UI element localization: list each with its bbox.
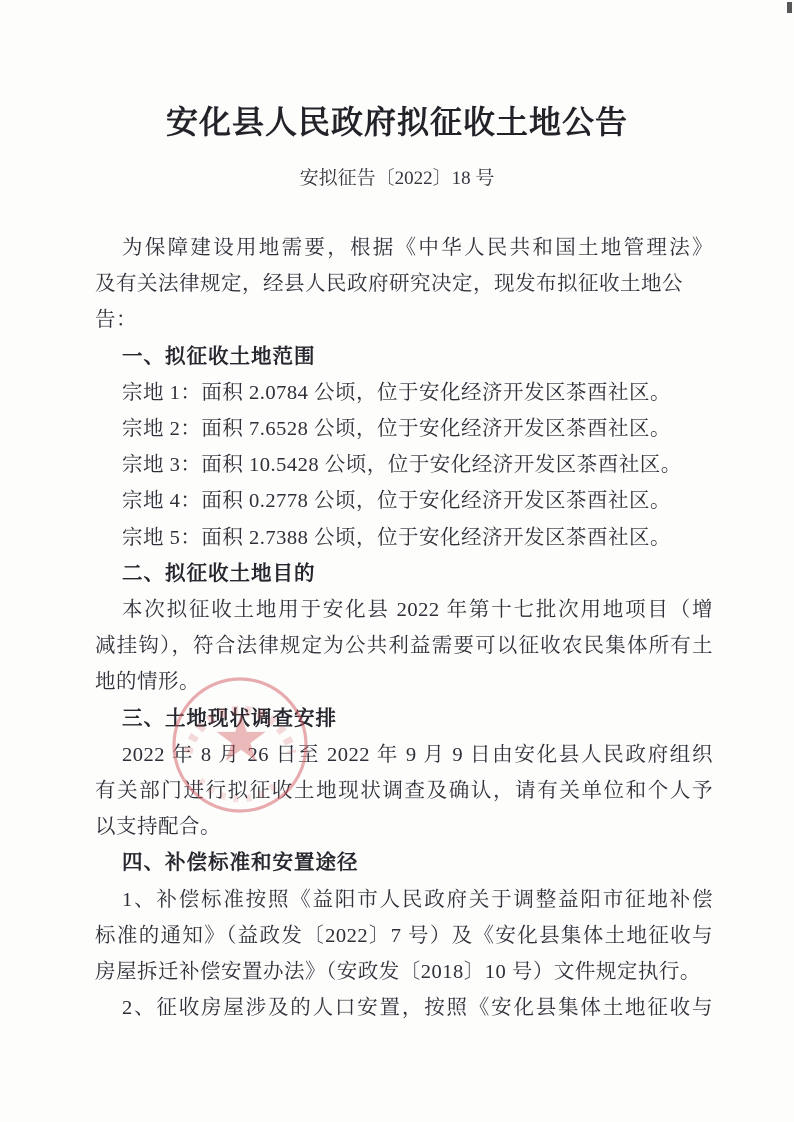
text-line: 及有关法律规定，经县人民政府研究决定，现发布拟征收土地公告：: [95, 266, 713, 338]
section-heading: 一、拟征收土地范围: [95, 339, 713, 375]
text-line: 地的情形。: [95, 664, 713, 700]
document-body: 为保障建设用地需要，根据《中华人民共和国土地管理法》及有关法律规定，经县人民政府…: [95, 230, 713, 1026]
section-heading: 四、补偿标准和安置途径: [95, 845, 713, 881]
text-line: 2022 年 8 月 26 日至 2022 年 9 月 9 日由安化县人民政府组…: [95, 737, 713, 773]
parcel-item: 宗地 4：面积 0.2778 公顷，位于安化经济开发区茶酉社区。: [95, 483, 713, 519]
parcel-item: 宗地 3：面积 10.5428 公顷，位于安化经济开发区茶酉社区。: [95, 447, 713, 483]
parcel-item: 宗地 1：面积 2.0784 公顷，位于安化经济开发区茶酉社区。: [95, 375, 713, 411]
document-title: 安化县人民政府拟征收土地公告: [0, 0, 794, 144]
section-heading: 三、土地现状调查安排: [95, 701, 713, 737]
text-line: 为保障建设用地需要，根据《中华人民共和国土地管理法》: [95, 230, 713, 266]
text-line: 2、征收房屋涉及的人口安置，按照《安化县集体土地征收与: [95, 990, 713, 1026]
scan-artifact: [787, 2, 792, 13]
document-page: 安化县人民政府拟征收土地公告 安拟征告〔2022〕18 号 为保障建设用地需要，…: [0, 0, 794, 1122]
text-line: 以支持配合。: [95, 809, 713, 845]
section-heading: 二、拟征收土地目的: [95, 556, 713, 592]
text-line: 有关部门进行拟征收土地现状调查及确认，请有关单位和个人予: [95, 773, 713, 809]
parcel-item: 宗地 2：面积 7.6528 公顷，位于安化经济开发区茶酉社区。: [95, 411, 713, 447]
text-line: 减挂钩），符合法律规定为公共利益需要可以征收农民集体所有土: [95, 628, 713, 664]
text-line: 1、补偿标准按照《益阳市人民政府关于调整益阳市征地补偿: [95, 882, 713, 918]
document-number: 安拟征告〔2022〕18 号: [0, 166, 794, 192]
text-line: 本次拟征收土地用于安化县 2022 年第十七批次用地项目（增: [95, 592, 713, 628]
parcel-item: 宗地 5：面积 2.7388 公顷，位于安化经济开发区茶酉社区。: [95, 520, 713, 556]
text-line: 房屋拆迁补偿安置办法》（安政发〔2018〕10 号）文件规定执行。: [95, 954, 713, 990]
text-line: 标准的通知》（益政发〔2022〕7 号）及《安化县集体土地征收与: [95, 918, 713, 954]
